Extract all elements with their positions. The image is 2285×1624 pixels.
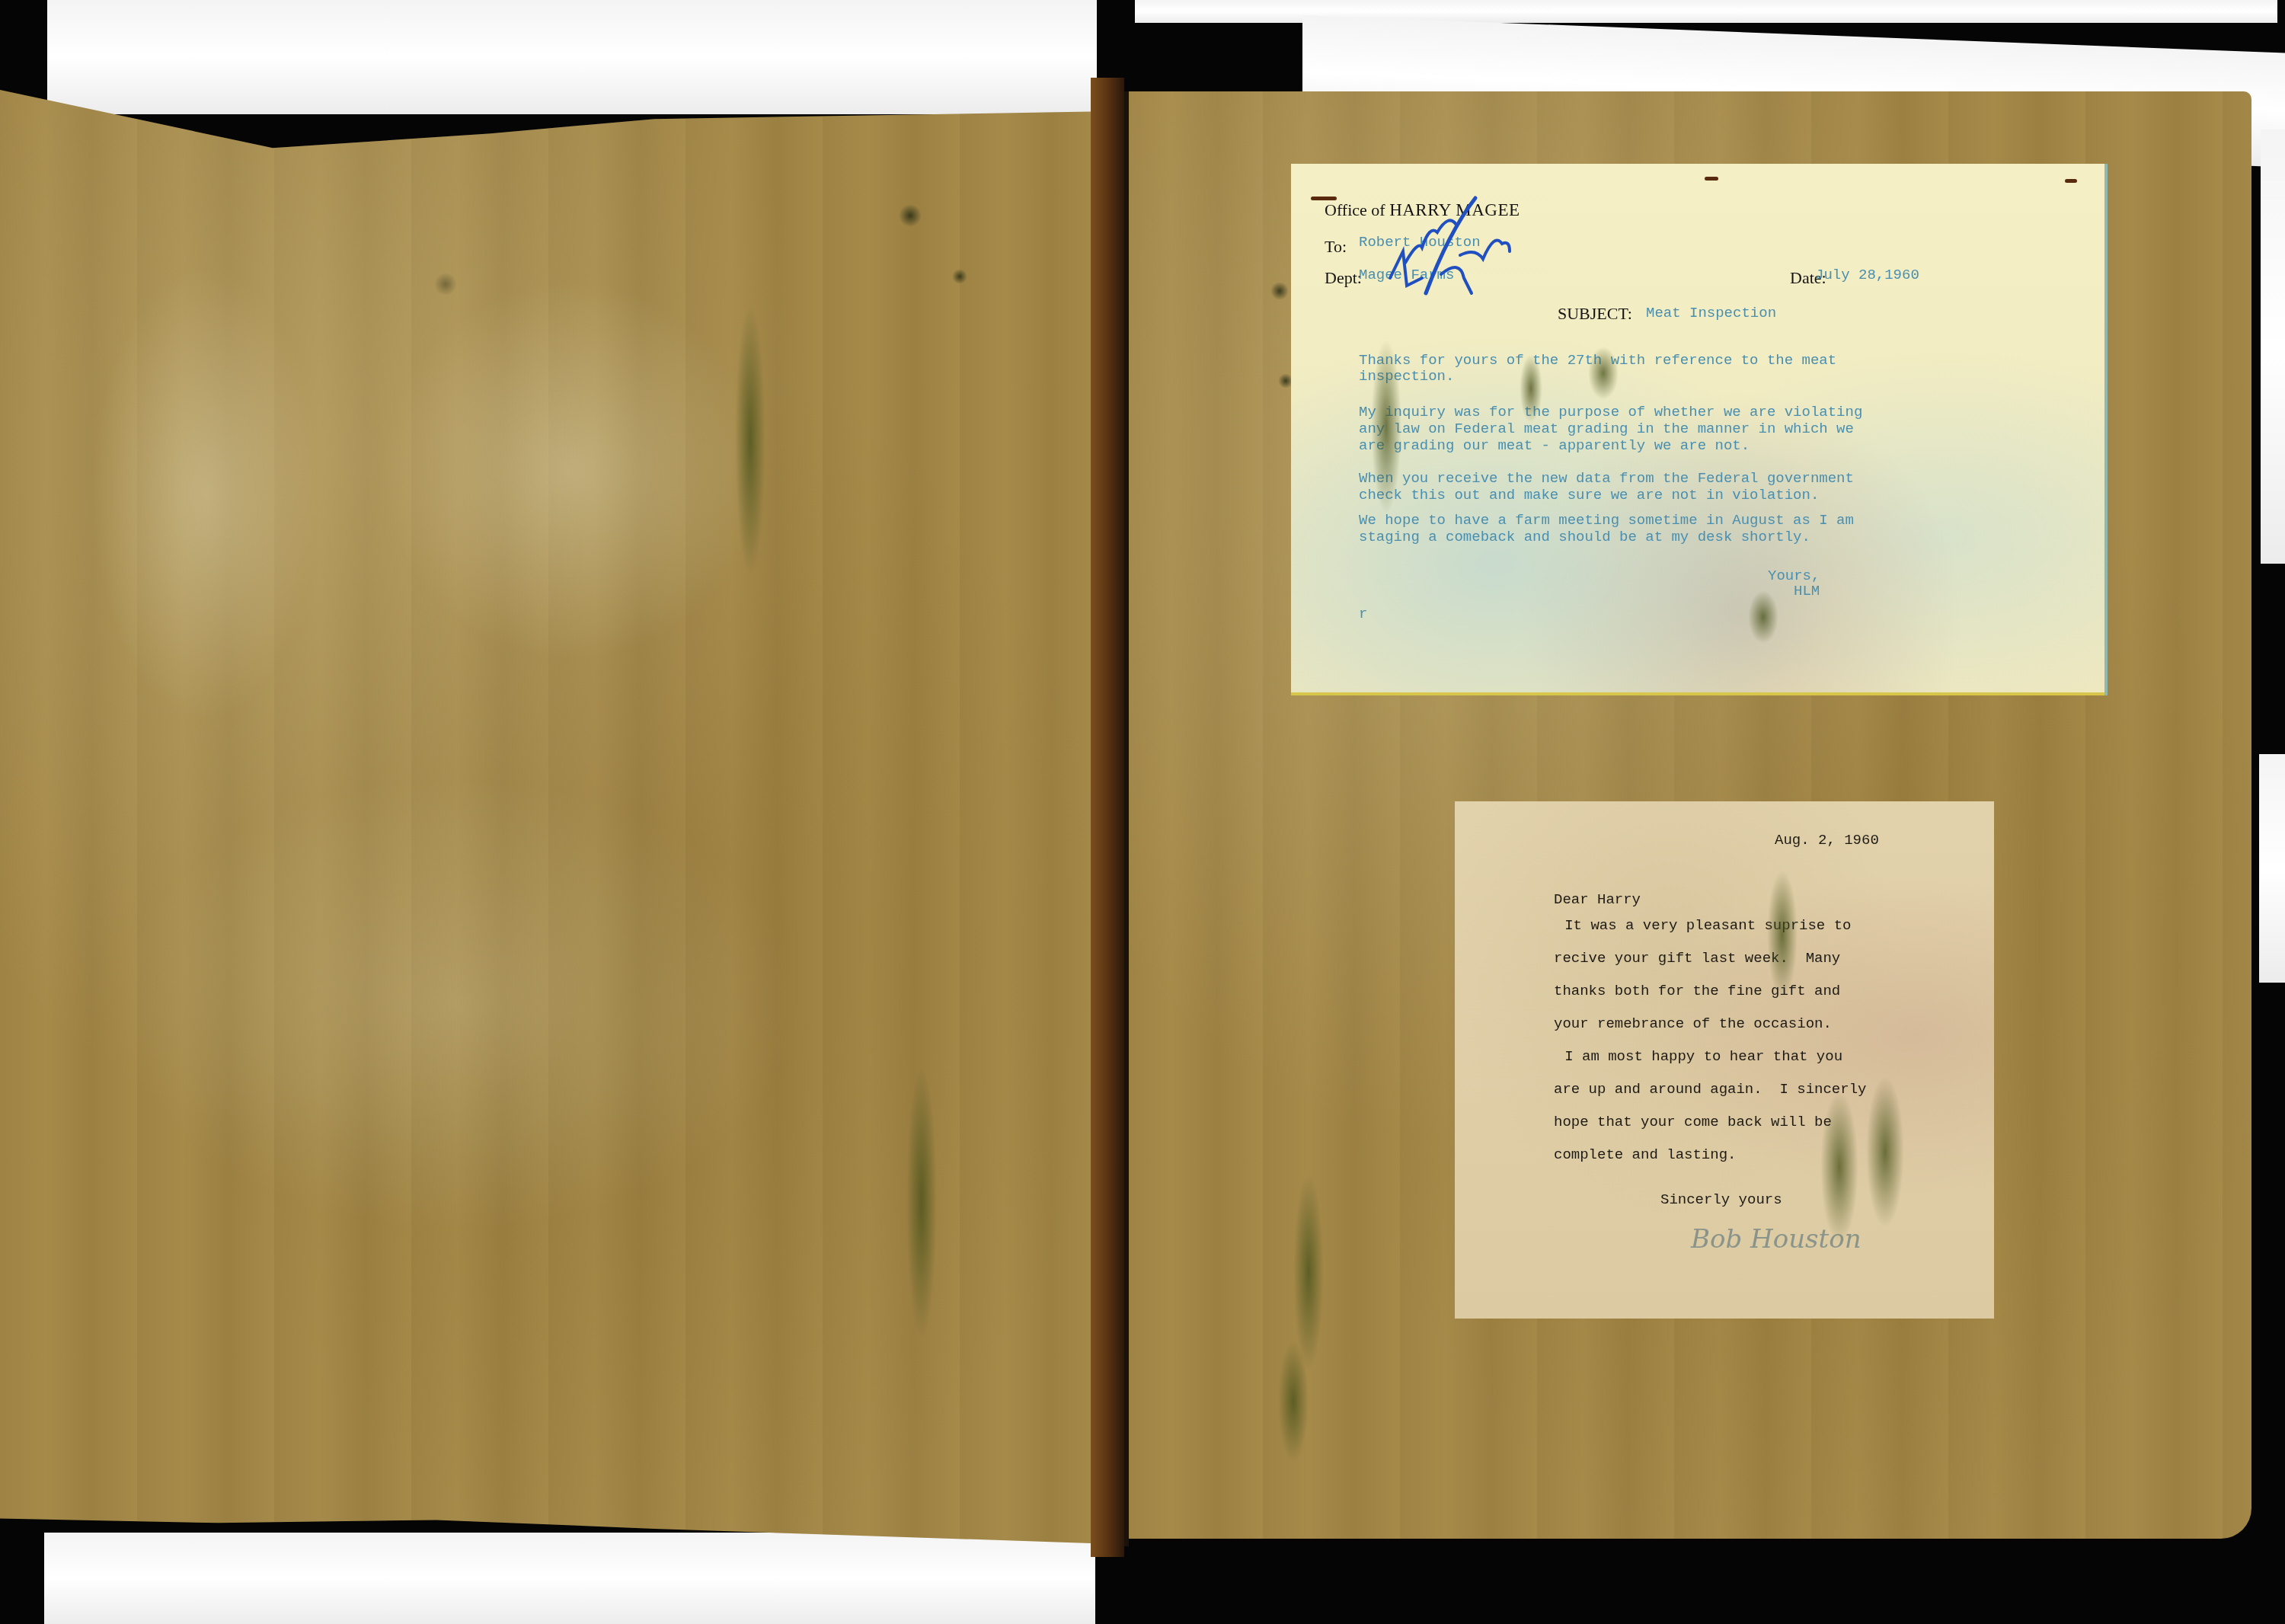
mold-stain xyxy=(1820,1091,1858,1243)
mold-stain xyxy=(735,303,765,577)
mold-stain xyxy=(1371,339,1401,514)
book-spine xyxy=(1091,78,1124,1557)
faded-patch xyxy=(91,265,320,722)
memo-closing: Yours, xyxy=(1768,567,1820,584)
letter-body-line: are up and around again. I sincerly xyxy=(1554,1081,1866,1098)
date-value: July 28,1960 xyxy=(1815,267,1919,283)
letter-body-line: I am most happy to hear that you xyxy=(1539,1048,1842,1065)
memo-body-line: staging a comeback and should be at my d… xyxy=(1359,529,1810,545)
letter-body-line: complete and lasting. xyxy=(1554,1146,1736,1163)
letter-salutation: Dear Harry xyxy=(1554,891,1641,908)
stain xyxy=(899,204,922,227)
mold-stain xyxy=(1866,1076,1904,1228)
memo-body-line: are grading our meat - apparently we are… xyxy=(1359,437,1750,454)
scanner-background-right-edge-lower xyxy=(2259,754,2285,983)
memo-body-line: any law on Federal meat grading in the m… xyxy=(1359,420,1854,437)
memo-body-line: When you receive the new data from the F… xyxy=(1359,470,1854,487)
scanner-background-top-left xyxy=(47,0,1097,114)
dept-label: Dept: xyxy=(1325,268,1362,288)
letter-body-line: your remebrance of the occasion. xyxy=(1554,1015,1832,1032)
scanner-background-right-edge xyxy=(2261,129,2285,564)
memo-body-line: check this out and make sure we are not … xyxy=(1359,487,1819,504)
scanner-background-bottom-left xyxy=(44,1533,1095,1624)
mold-stain xyxy=(1520,354,1542,423)
to-label: To: xyxy=(1325,237,1347,257)
letter-date: Aug. 2, 1960 xyxy=(1775,832,1879,849)
left-scrapbook-page xyxy=(0,90,1091,1543)
page-gutter xyxy=(1124,91,1129,1546)
stain xyxy=(1270,282,1289,300)
letter-body-line: hope that your come back will be xyxy=(1554,1114,1832,1130)
staple xyxy=(2065,179,2077,183)
handwritten-farm-file-annotation xyxy=(1376,187,1529,301)
faded-patch xyxy=(114,775,800,1232)
letter-body-line: thanks both for the fine gift and xyxy=(1554,983,1840,999)
mold-stain xyxy=(1588,347,1619,400)
staple xyxy=(1705,177,1718,181)
mold-stain xyxy=(1748,590,1778,644)
typist-mark: r xyxy=(1359,606,1367,622)
mold-stain xyxy=(906,1065,937,1339)
letter-body-line: It was a very pleasant suprise to xyxy=(1539,917,1851,934)
stain xyxy=(434,273,457,296)
letter-closing: Sincerly yours xyxy=(1660,1191,1782,1208)
stain xyxy=(952,269,967,284)
thank-you-letter: Aug. 2, 1960 Dear Harry It was a very pl… xyxy=(1455,801,1994,1319)
mold-stain xyxy=(1278,1341,1309,1463)
mold-stain xyxy=(1767,870,1798,999)
subject-value: Meat Inspection xyxy=(1646,305,1776,321)
memo-initials: HLM xyxy=(1794,583,1820,599)
memo-body-line: We hope to have a farm meeting sometime … xyxy=(1359,512,1854,529)
memo-body-line: My inquiry was for the purpose of whethe… xyxy=(1359,404,1862,420)
faded-patch xyxy=(381,280,762,661)
interoffice-memo: Office of HARRY MAGEE To: Robert Houston… xyxy=(1291,164,2108,695)
subject-label: SUBJECT: xyxy=(1558,304,1632,324)
